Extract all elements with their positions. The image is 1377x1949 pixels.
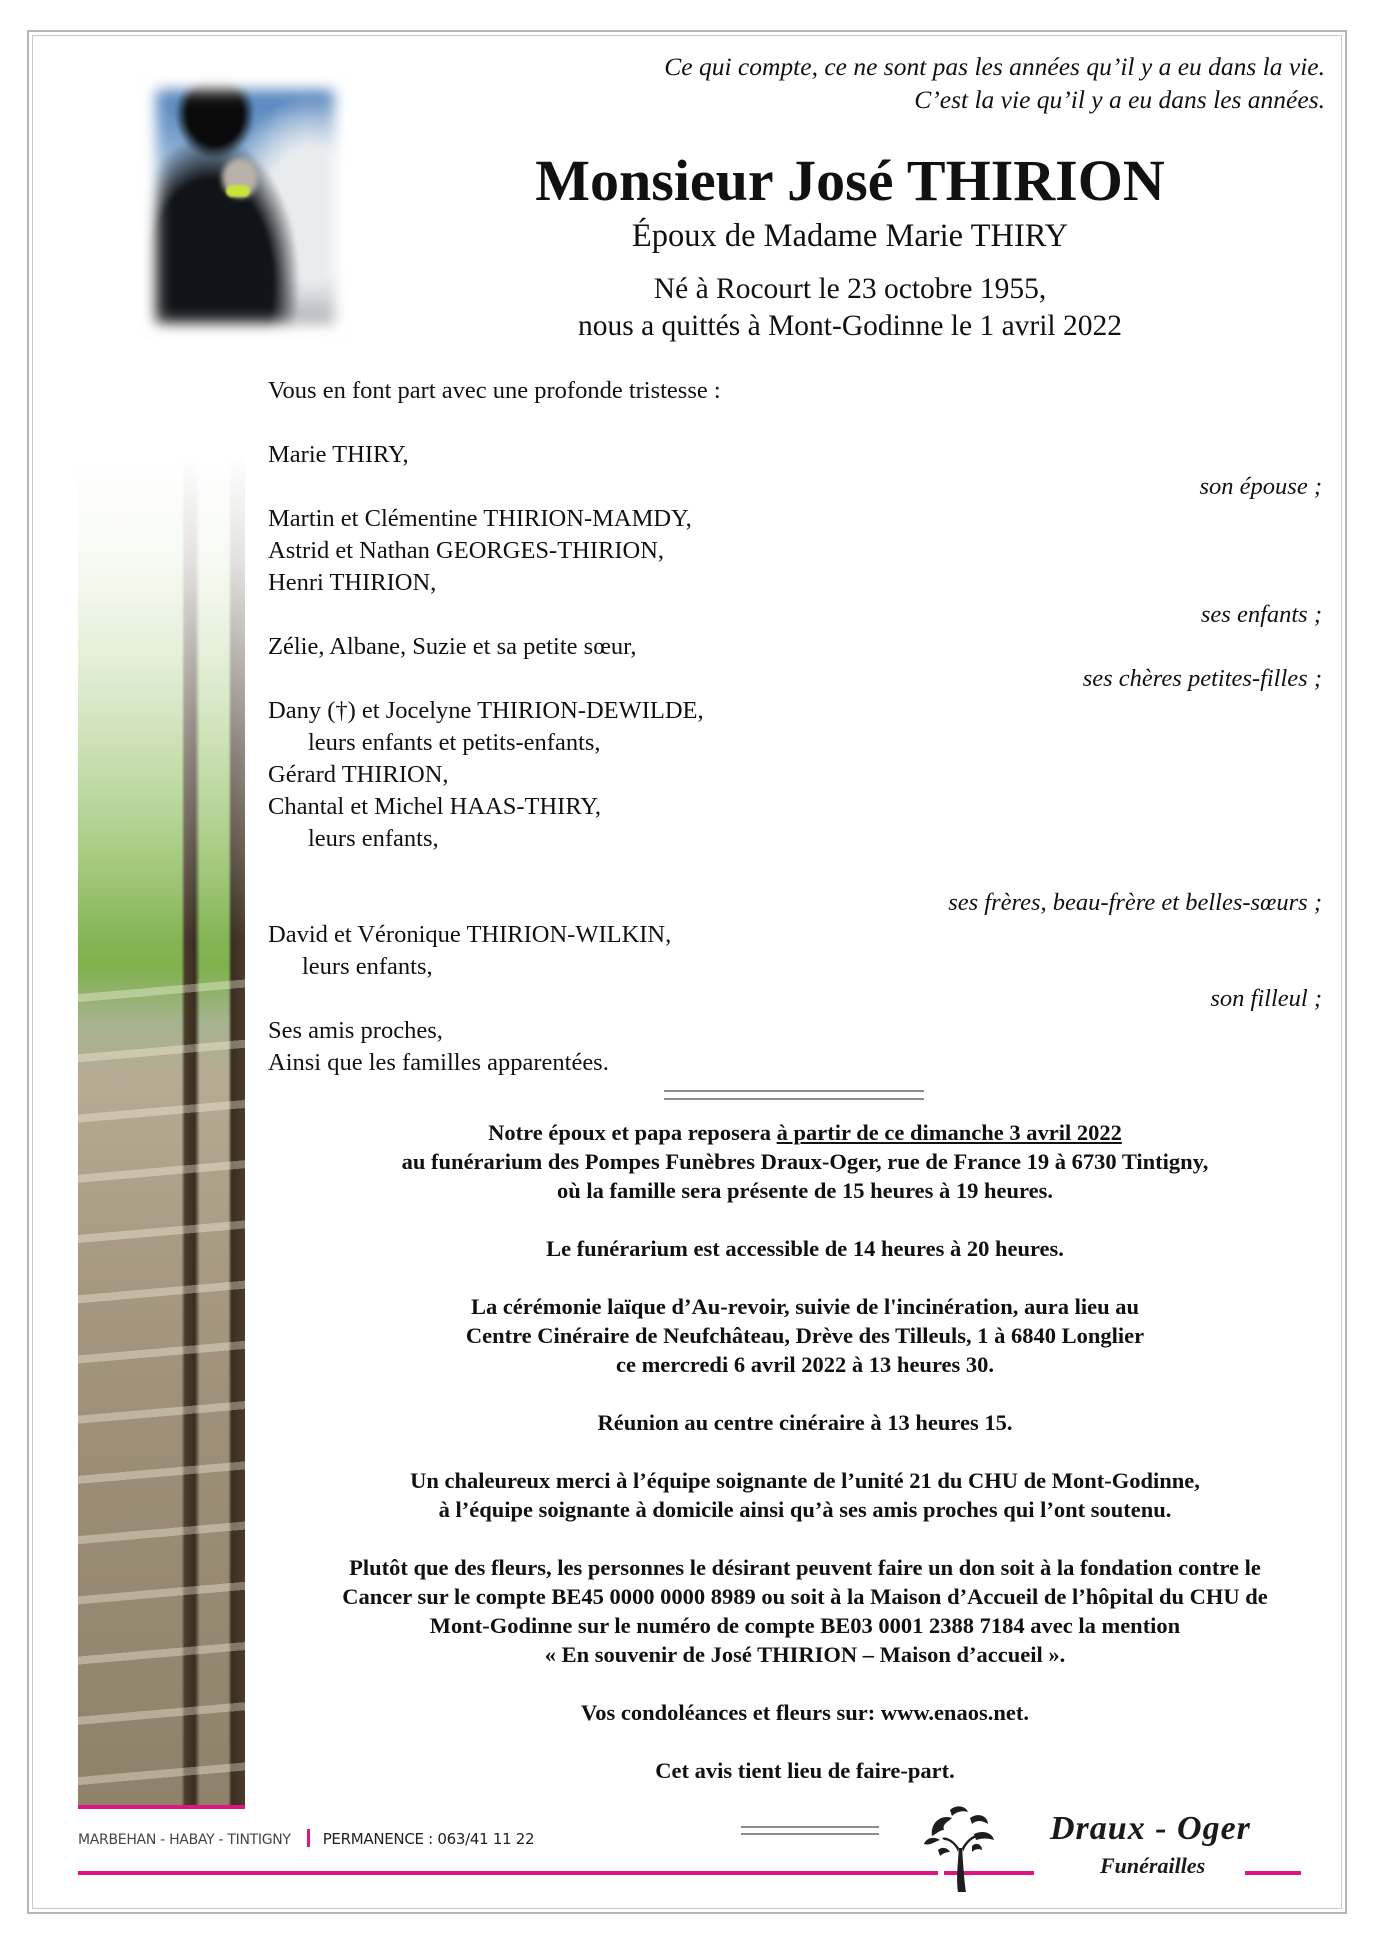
notice-hours: Le funérarium est accessible de 14 heure… [260, 1234, 1350, 1263]
family-intro: Vous en font part avec une profonde tris… [268, 375, 1322, 407]
family-role: ses enfants ; [268, 599, 1322, 631]
family-name: Ainsi que les familles apparentées. [268, 1047, 1322, 1079]
portrait-photo [140, 74, 350, 339]
family-name: Gérard THIRION, [268, 759, 1322, 791]
tree-icon [912, 1800, 1008, 1896]
family-name: Dany (†) et Jocelyne THIRION-DEWILDE, [268, 695, 1322, 727]
notice-thanks: Un chaleureux merci à l’équipe soignante… [260, 1466, 1350, 1524]
family-name: Marie THIRY, [268, 439, 1322, 471]
pipe-divider [307, 1829, 310, 1847]
birth-line: Né à Rocourt le 23 octobre 1955, [430, 271, 1270, 308]
family-role: ses chères petites-filles ; [268, 663, 1322, 695]
notice-donation: Plutôt que des fleurs, les personnes le … [260, 1553, 1350, 1669]
accent-bar [78, 1805, 245, 1809]
notice-text: « En souvenir de José THIRION – Maison d… [545, 1642, 1065, 1667]
footer-permanence: PERMANENCE : 063/41 11 22 [323, 1830, 535, 1848]
quote-line-2: C’est la vie qu’il y a eu dans les année… [664, 83, 1325, 116]
notice-text: à l’équipe soignante à domicile ainsi qu… [439, 1497, 1172, 1522]
notice-condolences: Vos condoléances et fleurs sur: www.enao… [260, 1698, 1350, 1727]
family-name: Martin et Clémentine THIRION-MAMDY, [268, 503, 1322, 535]
notice-text: Centre Cinéraire de Neufchâteau, Drève d… [466, 1323, 1144, 1348]
family-name: leurs enfants, [268, 951, 1322, 983]
notice-text: Un chaleureux merci à l’équipe soignante… [410, 1468, 1200, 1493]
family-role: ses frères, beau-frère et belles-sœurs ; [268, 887, 1322, 919]
brand-name: Draux - Oger [1050, 1810, 1251, 1848]
footer-locations: MARBEHAN - HABAY - TINTIGNY [78, 1832, 291, 1848]
brand-subtitle: Funérailles [1100, 1853, 1205, 1879]
notice-text: ce mercredi 6 avril 2022 à 13 heures 30. [616, 1352, 994, 1377]
family-name: leurs enfants et petits-enfants, [268, 727, 1322, 759]
footer-divider [741, 1826, 879, 1835]
family-list: Vous en font part avec une profonde tris… [268, 375, 1322, 1079]
notice-ceremony: La cérémonie laïque d’Au-revoir, suivie … [260, 1292, 1350, 1379]
footer-accent-line [78, 1871, 938, 1875]
notice-text: où la famille sera présente de 15 heures… [557, 1178, 1053, 1203]
family-name: Ses amis proches, [268, 1015, 1322, 1047]
notice-text: Plutôt que des fleurs, les personnes le … [349, 1555, 1261, 1580]
family-name: Zélie, Albane, Suzie et sa petite sœur, [268, 631, 1322, 663]
notice-date-underlined: à partir de ce dimanche 3 avril 2022 [777, 1120, 1122, 1145]
notice-meeting: Réunion au centre cinéraire à 13 heures … [260, 1408, 1350, 1437]
dates-block: Né à Rocourt le 23 octobre 1955, nous a … [430, 271, 1270, 345]
footer-accent-line [1245, 1871, 1301, 1875]
family-name: Astrid et Nathan GEORGES-THIRION, [268, 535, 1322, 567]
notice-text: La cérémonie laïque d’Au-revoir, suivie … [471, 1294, 1139, 1319]
footer-contact: MARBEHAN - HABAY - TINTIGNYPERMANENCE : … [78, 1829, 534, 1848]
quote-line-1: Ce qui compte, ce ne sont pas les années… [664, 50, 1325, 83]
portrait-detail [226, 185, 250, 197]
spouse-line: Époux de Madame Marie THIRY [430, 216, 1270, 256]
notice-text: au funérarium des Pompes Funèbres Draux-… [402, 1149, 1209, 1174]
funeral-notice: Notre époux et papa reposera à partir de… [260, 1118, 1350, 1814]
divider [664, 1090, 924, 1100]
family-name: Henri THIRION, [268, 567, 1322, 599]
forest-path-photo [78, 455, 245, 1805]
notice-faire-part: Cet avis tient lieu de faire-part. [260, 1756, 1350, 1785]
notice-text: Cancer sur le compte BE45 0000 0000 8989… [342, 1584, 1267, 1609]
family-role: son épouse ; [268, 471, 1322, 503]
notice-text: Notre époux et papa reposera [488, 1120, 777, 1145]
epigraph-quote: Ce qui compte, ce ne sont pas les années… [664, 50, 1325, 116]
family-name: leurs enfants, [268, 823, 1322, 855]
family-role: son filleul ; [268, 983, 1322, 1015]
deceased-name: Monsieur José THIRION [430, 148, 1270, 214]
notice-text: Mont-Godinne sur le numéro de compte BE0… [430, 1613, 1180, 1638]
family-name: David et Véronique THIRION-WILKIN, [268, 919, 1322, 951]
notice-visitation: Notre époux et papa reposera à partir de… [260, 1118, 1350, 1205]
death-line: nous a quittés à Mont-Godinne le 1 avril… [430, 308, 1270, 345]
family-name: Chantal et Michel HAAS-THIRY, [268, 791, 1322, 823]
